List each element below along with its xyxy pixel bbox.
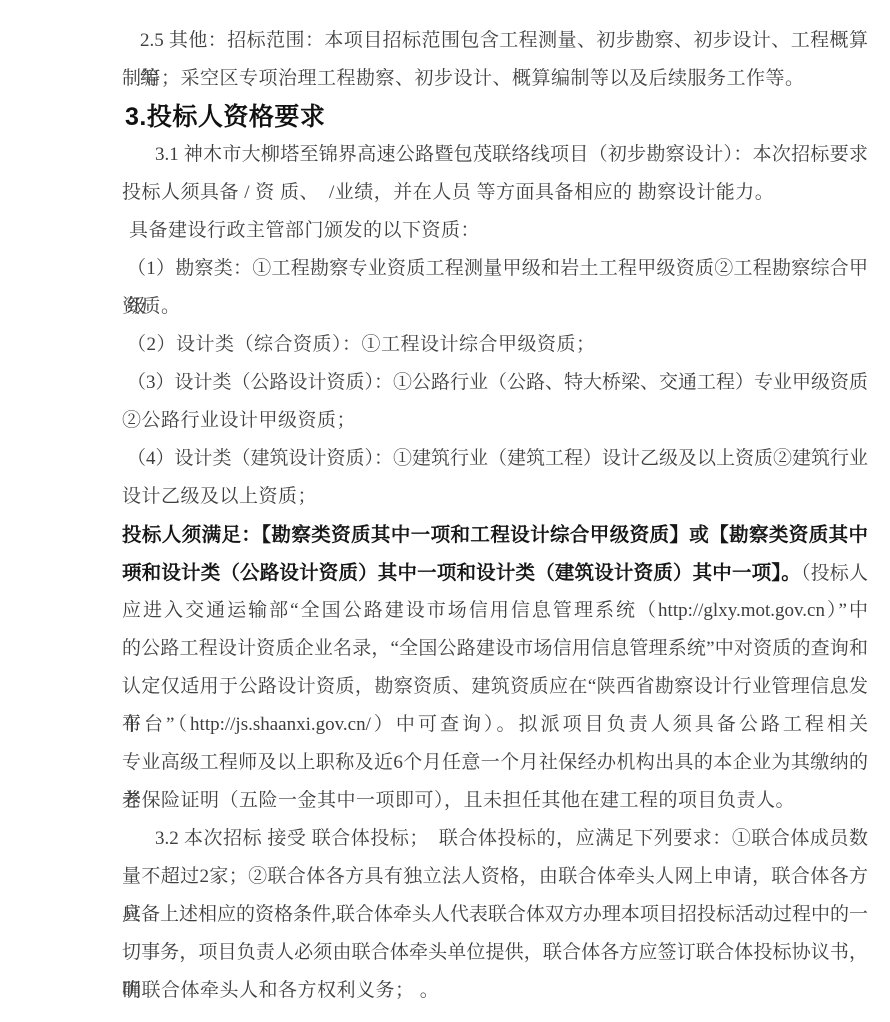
text-line: 3.1 神木市大柳塔至锦界高速公路暨包茂联络线项目（初步勘察设计）：本次招标要求 <box>122 136 868 174</box>
text-line: 认定仅适用于公路设计资质，勘察资质、建筑资质应在“陕西省勘察设计行业管理信息发布 <box>122 668 868 706</box>
normal-text-segment: （投标人 <box>801 563 868 584</box>
text-line: 平台”（http://js.shaanxi.gov.cn/）中可查询）。拟派项目… <box>122 706 868 744</box>
tender-document-page: 2.5 其他：招标范围：本项目招标范围包含工程测量、初步勘察、初步设计、工程概算… <box>0 0 890 1022</box>
text-line: （2）设计类（综合资质）：①工程设计综合甲级资质； <box>122 326 868 364</box>
text-line: 项和设计类（公路设计资质）其中一项和设计类（建筑设计资质）其中一项】。（投标人 <box>122 554 868 592</box>
text-line: 具备上述相应的资格条件,联合体牵头人代表联合体双方办理本项目招投标活动过程中的一 <box>122 896 868 934</box>
text-line: 投标人须具备 / 资 质、 /业绩，并在人员 等方面具备相应的 勘察设计能力。 <box>122 174 868 212</box>
text-line: 设计乙级及以上资质； <box>122 478 868 516</box>
section-heading: 3.投标人资格要求 <box>122 98 868 136</box>
text-line: 投标人须满足：【勘察类资质其中一项和工程设计综合甲级资质】或【勘察类资质其中一 <box>122 516 868 554</box>
text-line: 具备建设行政主管部门颁发的以下资质： <box>122 212 868 250</box>
text-line: 3.2 本次招标 接受 联合体投标； 联合体投标的，应满足下列要求：①联合体成员… <box>122 820 868 858</box>
text-line: 确联合体牵头人和各方权利义务； 。 <box>122 972 868 1010</box>
text-line: 切事务，项目负责人必须由联合体牵头单位提供，联合体各方应签订联合体投标协议书，明 <box>122 934 868 972</box>
text-line: 应进入交通运输部“全国公路建设市场信用信息管理系统（http://glxy.mo… <box>122 592 868 630</box>
text-line: 老保险证明（五险一金其中一项即可），且未担任其他在建工程的项目负责人。 <box>122 782 868 820</box>
text-line: 专业高级工程师及以上职称及近6个月任意一个月社保经办机构出具的本企业为其缴纳的养 <box>122 744 868 782</box>
document-body: 2.5 其他：招标范围：本项目招标范围包含工程测量、初步勘察、初步设计、工程概算… <box>122 22 868 1010</box>
text-line: （3）设计类（公路设计资质）：①公路行业（公路、特大桥梁、交通工程）专业甲级资质 <box>122 364 868 402</box>
bold-text-segment: 项和设计类（公路设计资质）其中一项和设计类（建筑设计资质）其中一项】。 <box>122 562 801 584</box>
text-line: （4）设计类（建筑设计资质）：①建筑行业（建筑工程）设计乙级及以上资质②建筑行业 <box>122 440 868 478</box>
text-line: 制等；采空区专项治理工程勘察、初步设计、概算编制等以及后续服务工作等。 <box>122 60 868 98</box>
text-line: 2.5 其他：招标范围：本项目招标范围包含工程测量、初步勘察、初步设计、工程概算… <box>122 22 868 60</box>
text-line: ②公路行业设计甲级资质； <box>122 402 868 440</box>
text-line: 资质。 <box>122 288 868 326</box>
text-line: 的公路工程设计资质企业名录，“全国公路建设市场信用信息管理系统”中对资质的查询和 <box>122 630 868 668</box>
text-line: 量不超过2家；②联合体各方具有独立法人资格，由联合体牵头人网上申请，联合体各方应 <box>122 858 868 896</box>
text-line: （1）勘察类：①工程勘察专业资质工程测量甲级和岩土工程甲级资质②工程勘察综合甲级 <box>122 250 868 288</box>
